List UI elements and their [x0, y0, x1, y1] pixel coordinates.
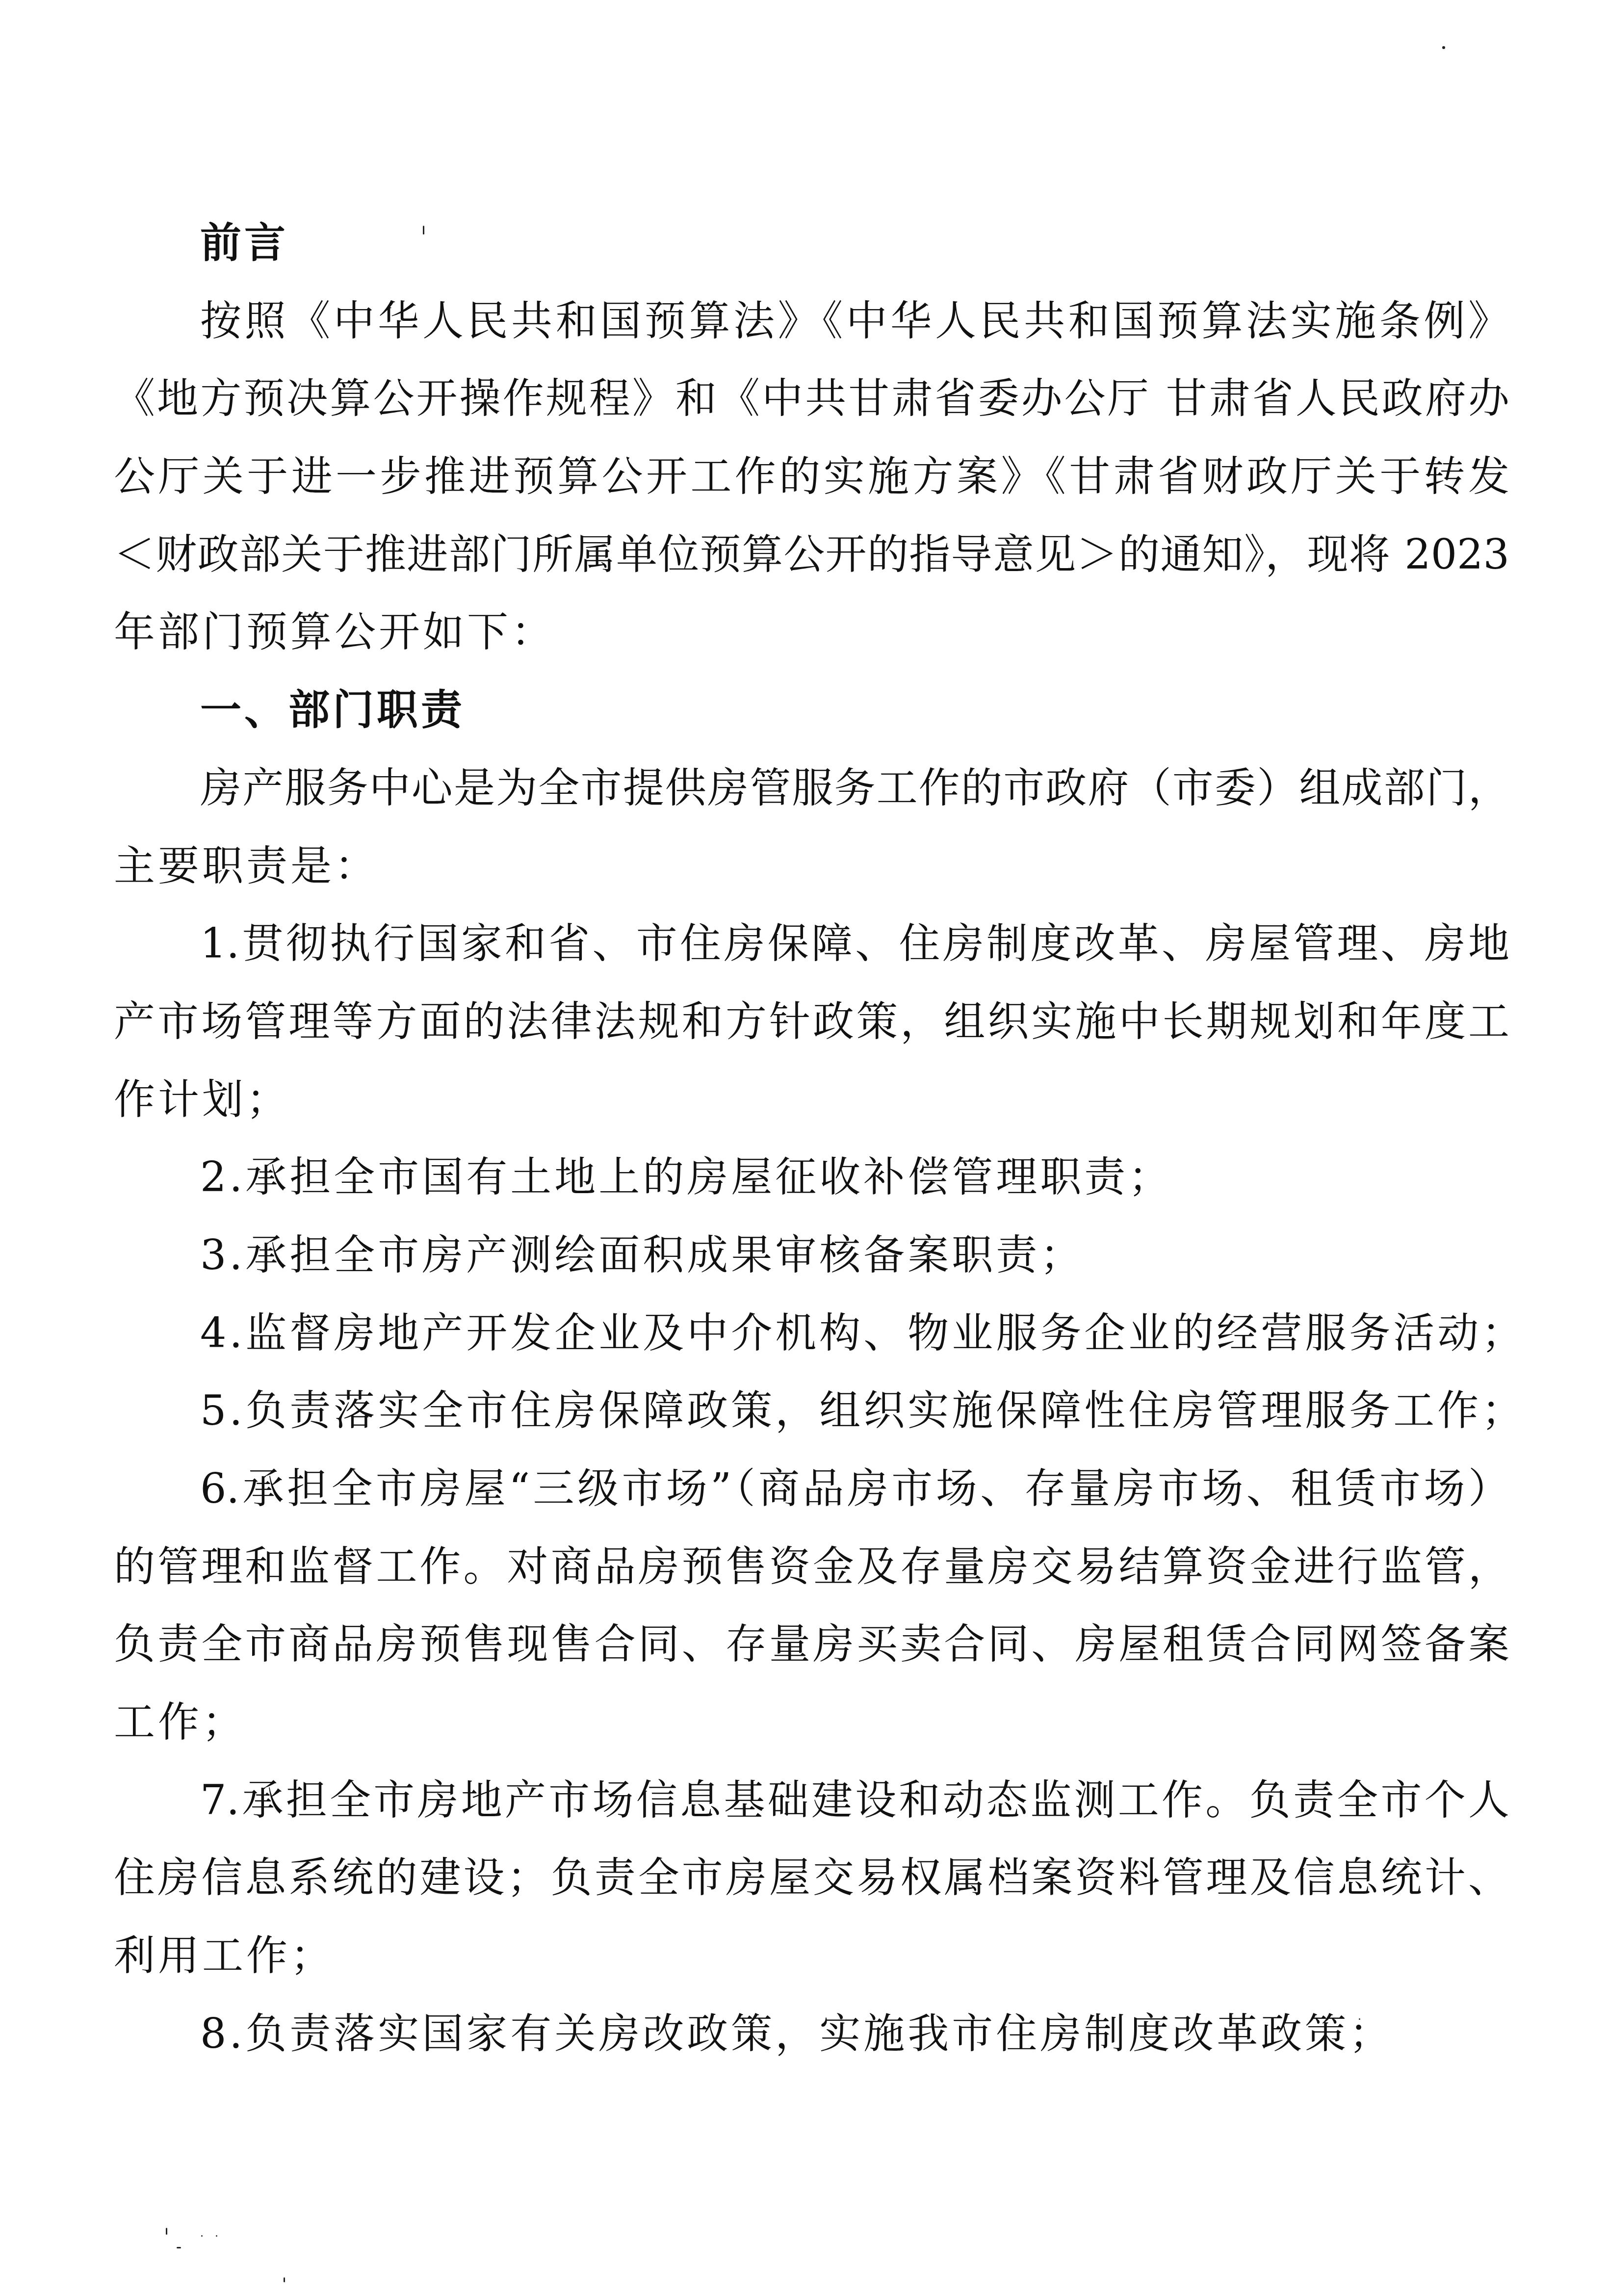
duty-item-1: 1.贯彻执行国家和省、市住房保障、住房制度改革、房屋管理、房地 [114, 916, 1509, 994]
line-text: 6.承担全市房屋“三级市场”（商品房市场、存量房市场、租赁市场） [200, 1461, 1509, 1515]
paragraph-line: ＜财政部关于推进部门所属单位预算公开的指导意见＞的通知》，现将 2023 [114, 527, 1509, 605]
line-text: 公厅关于进一步推进预算公开工作的实施方案》《甘肃省财政厅关于转发 [114, 449, 1509, 503]
line-text: 4.监督房地产开发企业及中介机构、物业服务企业的经营服务活动； [200, 1306, 1509, 1360]
line-text: 《地方预决算公开操作规程》和《中共甘肃省委办公厅 甘肃省人民政府办 [114, 371, 1509, 425]
paragraph-line: 年部门预算公开如下： [114, 605, 1509, 683]
duty-item-7: 7.承担全市房地产市场信息基础建设和动态监测工作。负责全市个人 [114, 1773, 1509, 1851]
scan-speck [166, 2228, 167, 2235]
line-text: 主要职责是： [114, 839, 1509, 893]
line-text: 工作； [114, 1695, 1509, 1749]
line-text: 年部门预算公开如下： [114, 605, 1509, 659]
section-heading-text: 一、部门职责 [200, 683, 1509, 737]
paragraph-line: 产市场管理等方面的法律法规和方针政策，组织实施中长期规划和年度工 [114, 994, 1509, 1072]
line-text: 作计划； [114, 1072, 1509, 1126]
preface-heading-text: 前言 [200, 216, 1509, 270]
scan-speck [201, 2235, 203, 2237]
scan-speck [177, 2247, 181, 2248]
line-text: 的管理和监督工作。对商品房预售资金及存量房交易结算资金进行监管， [114, 1539, 1509, 1593]
line-text: 房产服务中心是为全市提供房管服务工作的市政府（市委）组成部门， [200, 761, 1509, 815]
document-body: 前言 按照《中华人民共和国预算法》《中华人民共和国预算法实施条例》 《地方预决算… [114, 216, 1509, 2085]
line-text: 5.负责落实全市住房保障政策，组织实施保障性住房管理服务工作； [200, 1383, 1509, 1437]
line-text: 产市场管理等方面的法律法规和方针政策，组织实施中长期规划和年度工 [114, 994, 1509, 1048]
paragraph-line: 利用工作； [114, 1929, 1509, 2007]
scan-speck [1442, 46, 1445, 49]
paragraph-line: 住房信息系统的建设；负责全市房屋交易权属档案资料管理及信息统计、 [114, 1851, 1509, 1929]
scan-speck [216, 2235, 217, 2237]
scan-speck [284, 2277, 285, 2282]
paragraph-line: 工作； [114, 1695, 1509, 1773]
line-text: 3.承担全市房产测绘面积成果审核备案职责； [200, 1228, 1509, 1282]
line-text: 住房信息系统的建设；负责全市房屋交易权属档案资料管理及信息统计、 [114, 1851, 1509, 1905]
line-text: 8.负责落实国家有关房改政策，实施我市住房制度改革政策； [200, 2007, 1509, 2061]
scanned-page: 前言 按照《中华人民共和国预算法》《中华人民共和国预算法实施条例》 《地方预决算… [0, 0, 1608, 2296]
line-text: 负责全市商品房预售现售合同、存量房买卖合同、房屋租赁合同网签备案 [114, 1617, 1509, 1671]
duty-item-3: 3.承担全市房产测绘面积成果审核备案职责； [114, 1228, 1509, 1306]
line-text: 1.贯彻执行国家和省、市住房保障、住房制度改革、房屋管理、房地 [200, 916, 1509, 970]
line-text: ＜财政部关于推进部门所属单位预算公开的指导意见＞的通知》，现将 2023 [114, 527, 1509, 581]
paragraph-line: 《地方预决算公开操作规程》和《中共甘肃省委办公厅 甘肃省人民政府办 [114, 371, 1509, 449]
line-text: 按照《中华人民共和国预算法》《中华人民共和国预算法实施条例》 [200, 294, 1509, 348]
scan-speck [423, 226, 424, 235]
duty-item-2: 2.承担全市国有土地上的房屋征收补偿管理职责； [114, 1150, 1509, 1228]
duty-item-5: 5.负责落实全市住房保障政策，组织实施保障性住房管理服务工作； [114, 1383, 1509, 1461]
paragraph-line: 房产服务中心是为全市提供房管服务工作的市政府（市委）组成部门， [114, 761, 1509, 839]
duty-item-4: 4.监督房地产开发企业及中介机构、物业服务企业的经营服务活动； [114, 1306, 1509, 1384]
paragraph-line: 的管理和监督工作。对商品房预售资金及存量房交易结算资金进行监管， [114, 1539, 1509, 1618]
line-text: 2.承担全市国有土地上的房屋征收补偿管理职责； [200, 1150, 1509, 1204]
paragraph-line: 主要职责是： [114, 839, 1509, 917]
duty-item-8: 8.负责落实国家有关房改政策，实施我市住房制度改革政策； [114, 2007, 1509, 2085]
section-heading-department-duties: 一、部门职责 [114, 683, 1509, 761]
paragraph-line: 按照《中华人民共和国预算法》《中华人民共和国预算法实施条例》 [114, 294, 1509, 372]
line-text: 利用工作； [114, 1929, 1509, 1983]
preface-heading: 前言 [114, 216, 1509, 294]
paragraph-line: 公厅关于进一步推进预算公开工作的实施方案》《甘肃省财政厅关于转发 [114, 449, 1509, 527]
paragraph-line: 作计划； [114, 1072, 1509, 1150]
line-text: 7.承担全市房地产市场信息基础建设和动态监测工作。负责全市个人 [200, 1773, 1509, 1827]
duty-item-6: 6.承担全市房屋“三级市场”（商品房市场、存量房市场、租赁市场） [114, 1461, 1509, 1539]
paragraph-line: 负责全市商品房预售现售合同、存量房买卖合同、房屋租赁合同网签备案 [114, 1617, 1509, 1695]
scan-speck [1359, 2018, 1360, 2020]
